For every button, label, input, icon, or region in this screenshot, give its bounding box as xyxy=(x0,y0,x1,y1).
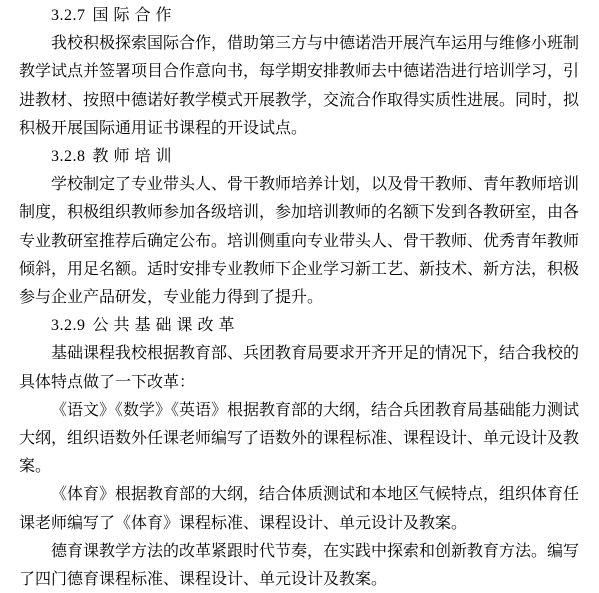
document-page: 3.2.7国际合作 我校积极探索国际合作，借助第三方与中德诺浩开展汽车运用与维修… xyxy=(0,0,599,593)
section-heading-329: 3.2.9公共基础课改革 xyxy=(19,312,579,340)
paragraph-physical-education: 《体育》根据教育部的大纲，结合体质测试和本地区气候特点，组织体育任课老师编写了《… xyxy=(19,481,579,537)
paragraph-teacher-training: 学校制定了专业带头人、骨干教师培养计划，以及骨干教师、青年教师培训制度，积极组织… xyxy=(19,171,579,312)
section-number: 3.2.8 xyxy=(51,148,86,165)
section-title: 教师培训 xyxy=(93,148,177,165)
section-heading-328: 3.2.8教师培训 xyxy=(19,143,579,171)
section-heading-327: 3.2.7国际合作 xyxy=(19,2,579,30)
section-number: 3.2.9 xyxy=(51,317,86,334)
paragraph-international-cooperation: 我校积极探索国际合作，借助第三方与中德诺浩开展汽车运用与维修小班制教学试点并签署… xyxy=(19,30,579,143)
section-number: 3.2.7 xyxy=(51,7,86,24)
paragraph-basic-course-reform-intro: 基础课程我校根据教育部、兵团教育局要求开齐开足的情况下，结合我校的具体特点做了一… xyxy=(19,340,579,396)
section-title: 国际合作 xyxy=(93,7,177,24)
section-title: 公共基础课改革 xyxy=(93,317,240,334)
paragraph-chinese-math-english: 《语文》《数学》《英语》根据教育部的大纲，结合兵团教育局基础能力测试大纲，组织语… xyxy=(19,397,579,482)
paragraph-moral-education: 德育课教学方法的改革紧跟时代节奏，在实践中探索和创新教育方法。编写了四门德育课程… xyxy=(19,538,579,593)
